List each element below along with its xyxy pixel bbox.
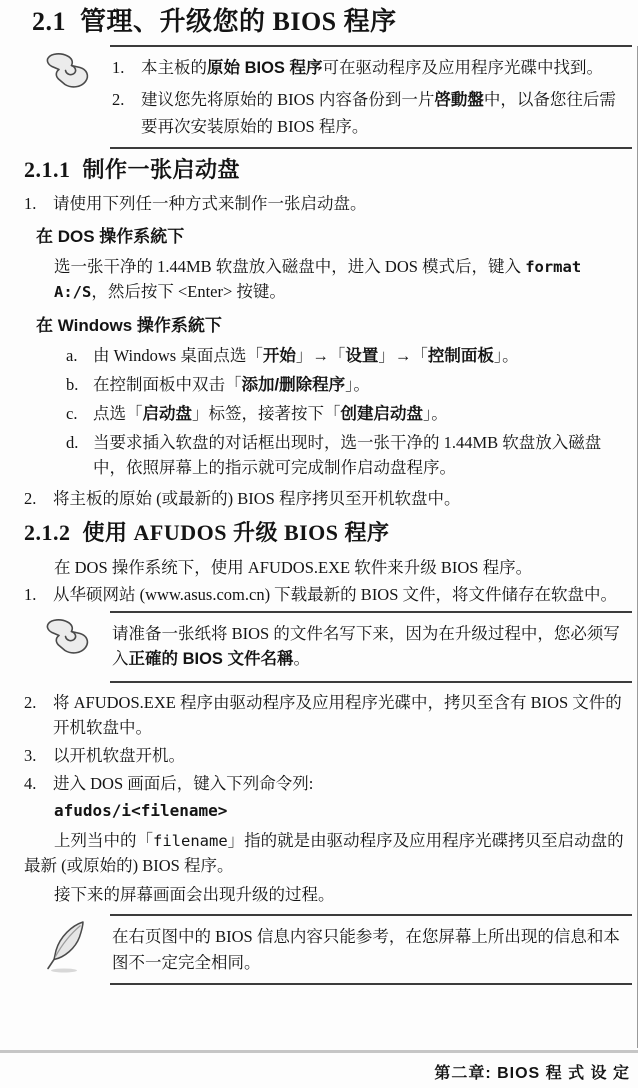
hand-pointing-icon xyxy=(24,45,110,150)
page-title: 2.1 管理、升级您的 BIOS 程序 xyxy=(32,6,632,39)
feather-pen-icon xyxy=(24,914,110,985)
note1-item-1: 1. 本主板的原始 BIOS 程序可在驱动程序及应用程序光碟中找到。 xyxy=(112,55,630,82)
note1-item-1-number: 1. xyxy=(112,55,141,82)
note3-text: 在右页图中的 BIOS 信息内容只能参考，在您屏幕上所出现的信息和本图不一定完全… xyxy=(112,924,630,975)
filename-explanation: 上列当中的「filename」指的就是由驱动程序及应用程序光碟拷贝至启动盘的最新… xyxy=(24,828,632,879)
afudos-step-3: 3. 以开机软盘开机。 xyxy=(24,743,632,768)
windows-step-a-letter: a. xyxy=(66,343,93,369)
section-heading-2-1-2: 2.1.2 使用 AFUDOS 升级 BIOS 程序 xyxy=(24,519,632,548)
bootdisk-step-1: 1. 请使用下列任一种方式来制作一张启动盘。 xyxy=(24,191,632,216)
afudos-step-1-text: 从华硕网站 (www.asus.com.cn) 下载最新的 BIOS 文件，将文… xyxy=(53,582,632,607)
important-note-1: 1. 本主板的原始 BIOS 程序可在驱动程序及应用程序光碟中找到。 2. 建议… xyxy=(24,45,632,150)
bootdisk-step-2-number: 2. xyxy=(24,486,53,511)
afudos-step-4-text: 进入 DOS 画面后，键入下列命令列: xyxy=(53,771,632,796)
note1-item-2-number: 2. xyxy=(112,87,141,139)
note1-item-2-text: 建议您先将原始的 BIOS 内容备份到一片啓動盤中，以备您往后需要再次安装原始的… xyxy=(141,87,630,139)
dos-instructions: 选一张干净的 1.44MB 软盘放入磁盘中，进入 DOS 模式后，键入 form… xyxy=(54,254,632,305)
afudos-intro: 在 DOS 操作系统下，使用 AFUDOS.EXE 软件来升级 BIOS 程序。 xyxy=(24,555,632,580)
note1-item-1-text: 本主板的原始 BIOS 程序可在驱动程序及应用程序光碟中找到。 xyxy=(141,55,630,82)
note-body: 请准备一张纸将 BIOS 的文件名写下来，因为在升级过程中，您必须写入正確的 B… xyxy=(110,611,632,683)
windows-step-c: c. 点选「启动盘」标签，接著按下「创建启动盘」。 xyxy=(66,401,632,427)
afudos-step-2-number: 2. xyxy=(24,690,53,740)
afudos-step-1-number: 1. xyxy=(24,582,53,607)
windows-step-b-text: 在控制面板中双击「添加/删除程序」。 xyxy=(93,372,632,398)
manual-page: 2.1 管理、升级您的 BIOS 程序 1. 本主板的原始 BIOS 程序可在驱… xyxy=(0,0,638,1088)
bootdisk-step-2-text: 将主板的原始 (或最新的) BIOS 程序拷贝至开机软盘中。 xyxy=(53,486,632,511)
windows-step-c-letter: c. xyxy=(66,401,93,427)
windows-step-d-letter: d. xyxy=(66,430,93,480)
bootdisk-step-1-number: 1. xyxy=(24,191,53,216)
bootdisk-step-1-text: 请使用下列任一种方式来制作一张启动盘。 xyxy=(53,191,632,216)
footer-chapter-label: 第二章: BIOS 程 式 设 定 xyxy=(0,1053,638,1086)
afudos-step-1: 1. 从华硕网站 (www.asus.com.cn) 下载最新的 BIOS 文件… xyxy=(24,582,632,607)
afudos-step-4: 4. 进入 DOS 画面后，键入下列命令列: xyxy=(24,771,632,796)
dos-subheading: 在 DOS 操作系統下 xyxy=(36,224,632,250)
note1-item-2: 2. 建议您先将原始的 BIOS 内容备份到一片啓動盤中，以备您往后需要再次安装… xyxy=(112,87,630,139)
reference-note-3: 在右页图中的 BIOS 信息内容只能参考，在您屏幕上所出现的信息和本图不一定完全… xyxy=(24,914,632,985)
windows-step-d-text: 当要求插入软盘的对话框出现时，选一张干净的 1.44MB 软盘放入磁盘中，依照屏… xyxy=(93,430,632,480)
note-body: 在右页图中的 BIOS 信息内容只能参考，在您屏幕上所出现的信息和本图不一定完全… xyxy=(110,914,632,985)
windows-step-b-letter: b. xyxy=(66,372,93,398)
afudos-step-2: 2. 将 AFUDOS.EXE 程序由驱动程序及应用程序光碟中，拷贝至含有 BI… xyxy=(24,690,632,740)
afudos-command-line: afudos/i<filename> xyxy=(54,799,632,823)
bootdisk-step-2: 2. 将主板的原始 (或最新的) BIOS 程序拷贝至开机软盘中。 xyxy=(24,486,632,511)
important-note-2: 请准备一张纸将 BIOS 的文件名写下来，因为在升级过程中，您必须写入正確的 B… xyxy=(24,611,632,683)
afudos-step-3-text: 以开机软盘开机。 xyxy=(53,743,632,768)
afudos-step-4-number: 4. xyxy=(24,771,53,796)
section-heading-2-1-1: 2.1.1 制作一张启动盘 xyxy=(24,156,632,185)
windows-step-c-text: 点选「启动盘」标签，接著按下「创建启动盘」。 xyxy=(93,401,632,427)
windows-step-d: d. 当要求插入软盘的对话框出现时，选一张干净的 1.44MB 软盘放入磁盘中，… xyxy=(66,430,632,480)
windows-step-a: a. 由 Windows 桌面点选「开始」→「设置」→「控制面板」。 xyxy=(66,343,632,369)
upgrade-result-paragraph: 接下来的屏幕画面会出现升级的过程。 xyxy=(24,882,632,907)
windows-subheading: 在 Windows 操作系統下 xyxy=(36,313,632,339)
hand-pointing-icon xyxy=(24,611,110,683)
afudos-step-2-text: 将 AFUDOS.EXE 程序由驱动程序及应用程序光碟中，拷贝至含有 BIOS … xyxy=(53,690,632,740)
windows-step-a-text: 由 Windows 桌面点选「开始」→「设置」→「控制面板」。 xyxy=(93,343,632,369)
afudos-step-3-number: 3. xyxy=(24,743,53,768)
note-body: 1. 本主板的原始 BIOS 程序可在驱动程序及应用程序光碟中找到。 2. 建议… xyxy=(110,45,632,150)
page-footer: 第二章: BIOS 程 式 设 定 xyxy=(0,1050,638,1086)
windows-steps: a. 由 Windows 桌面点选「开始」→「设置」→「控制面板」。 b. 在控… xyxy=(66,343,632,480)
note2-text: 请准备一张纸将 BIOS 的文件名写下来，因为在升级过程中，您必须写入正確的 B… xyxy=(112,621,630,673)
windows-step-b: b. 在控制面板中双击「添加/删除程序」。 xyxy=(66,372,632,398)
